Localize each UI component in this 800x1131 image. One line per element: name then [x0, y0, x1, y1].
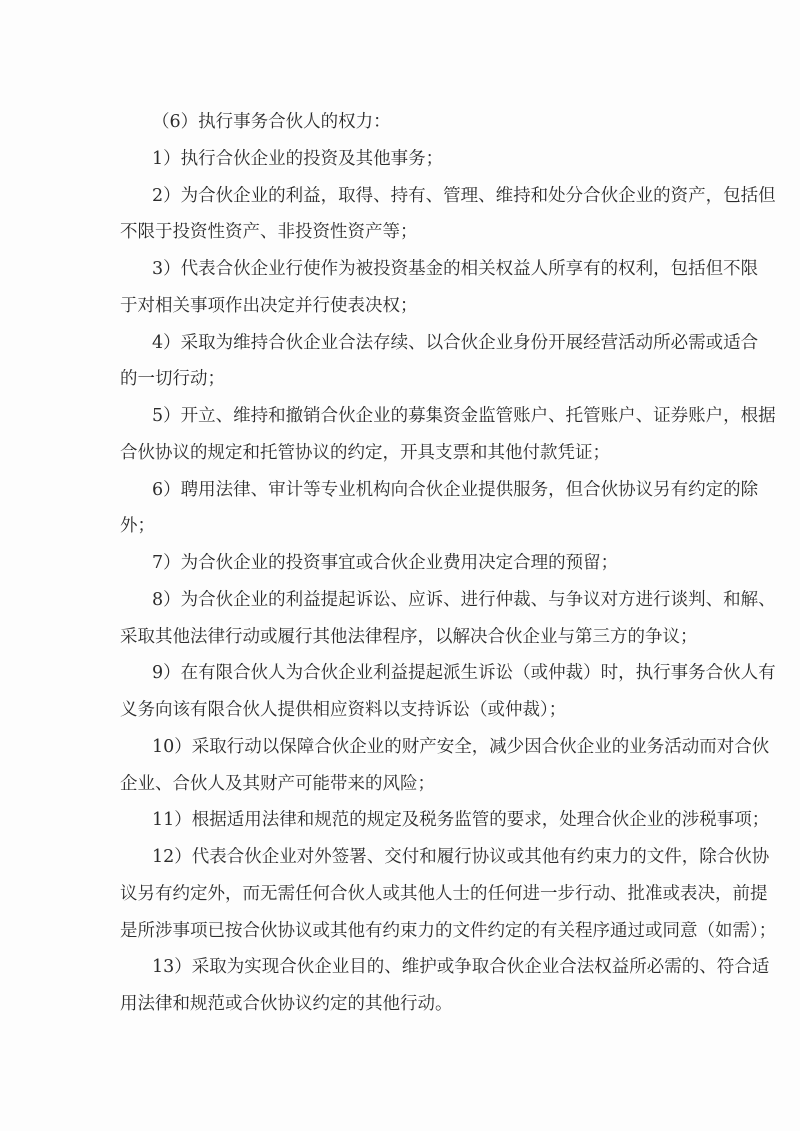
item-2-line-2: 不限于投资性资产、非投资性资产等；: [120, 220, 714, 244]
item-4-line-1: 4）采取为维持合伙企业合法存续、以合伙企业身份开展经营活动所必需或适合: [152, 331, 714, 355]
item-11-line-1: 11）根据适用法律和规范的规定及税务监管的要求，处理合伙企业的涉税事项；: [152, 808, 714, 832]
item-10-line-2: 企业、合伙人及其财产可能带来的风险；: [120, 772, 714, 796]
item-9-line-1: 9）在有限合伙人为合伙企业利益提起派生诉讼（或仲裁）时，执行事务合伙人有: [152, 661, 714, 685]
item-10-line-1: 10）采取行动以保障合伙企业的财产安全，减少因合伙企业的业务活动而对合伙: [152, 735, 714, 759]
document-page: （6）执行事务合伙人的权力： 1）执行合伙企业的投资及其他事务； 2）为合伙企业…: [0, 0, 800, 1131]
item-7-line-1: 7）为合伙企业的投资事宜或合伙企业费用决定合理的预留；: [152, 551, 714, 575]
item-2-line-1: 2）为合伙企业的利益，取得、持有、管理、维持和处分合伙企业的资产，包括但: [152, 184, 714, 208]
item-12-line-2: 议另有约定外，而无需任何合伙人或其他人士的任何进一步行动、批准或表决，前提: [120, 882, 714, 906]
section-heading: （6）执行事务合伙人的权力：: [152, 110, 714, 134]
item-4-line-2: 的一切行动；: [120, 367, 714, 391]
item-12-line-3: 是所涉事项已按合伙协议或其他有约束力的文件约定的有关程序通过或同意（如需）；: [120, 919, 714, 943]
item-6-line-1: 6）聘用法律、审计等专业机构向合伙企业提供服务，但合伙协议另有约定的除: [152, 478, 714, 502]
item-9-line-2: 义务向该有限合伙人提供相应资料以支持诉讼（或仲裁）；: [120, 698, 714, 722]
item-8-line-2: 采取其他法律行动或履行其他法律程序，以解决合伙企业与第三方的争议；: [120, 625, 714, 649]
item-5-line-1: 5）开立、维持和撤销合伙企业的募集资金监管账户、托管账户、证券账户，根据: [152, 404, 714, 428]
item-3-line-1: 3）代表合伙企业行使作为被投资基金的相关权益人所享有的权利，包括但不限: [152, 257, 714, 281]
item-5-line-2: 合伙协议的规定和托管协议的约定，开具支票和其他付款凭证；: [120, 441, 714, 465]
item-12-line-1: 12）代表合伙企业对外签署、交付和履行协议或其他有约束力的文件，除合伙协: [152, 845, 714, 869]
item-6-line-2: 外；: [120, 514, 714, 538]
item-1-line-1: 1）执行合伙企业的投资及其他事务；: [152, 147, 714, 171]
item-3-line-2: 于对相关事项作出决定并行使表决权；: [120, 294, 714, 318]
item-8-line-1: 8）为合伙企业的利益提起诉讼、应诉、进行仲裁、与争议对方进行谈判、和解、: [152, 588, 714, 612]
item-13-line-1: 13）采取为实现合伙企业目的、维护或争取合伙企业合法权益所必需的、符合适: [152, 955, 714, 979]
item-13-line-2: 用法律和规范或合伙协议约定的其他行动。: [120, 992, 714, 1016]
